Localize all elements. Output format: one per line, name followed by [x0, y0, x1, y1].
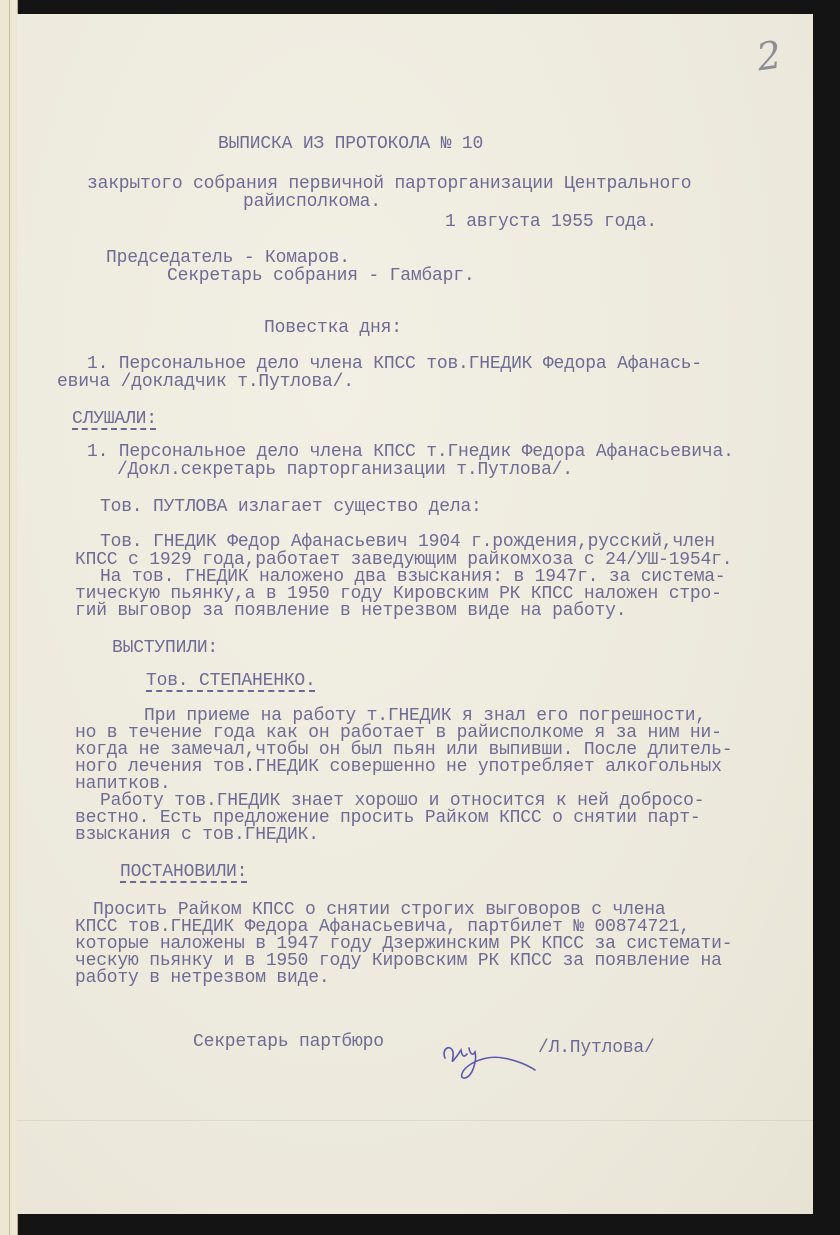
sheet-edge-line: [9, 0, 10, 1235]
speaker-name: Тов. СТЕПАНЕНКО.: [146, 671, 316, 691]
chairman-line: Председатель - Комаров.: [106, 248, 350, 268]
meeting-secretary-line: Секретарь собрания - Гамбарг.: [167, 266, 474, 286]
heard-heading: СЛУШАЛИ:: [72, 409, 157, 429]
heard-item-line-2: /Докл.секретарь парторганизации т.Путлов…: [117, 460, 573, 480]
resolved-heading: ПОСТАНОВИЛИ:: [120, 862, 247, 882]
speech-line-8: взыскания с тов.ГНЕДИК.: [75, 825, 319, 845]
handwritten-signature: [437, 1036, 547, 1086]
paper-fold: [17, 1120, 813, 1121]
speech-line-4: ного лечения тов.ГНЕДИК совершенно не уп…: [75, 757, 722, 777]
underlying-sheet-edge: [0, 0, 18, 1235]
report-line-5: гий выговор за появление в нетрезвом вид…: [75, 601, 626, 621]
agenda-heading: Повестка дня:: [264, 318, 402, 338]
putlova-intro: Тов. ПУТЛОВА излагает существо дела:: [100, 497, 482, 517]
report-line-1: Тов. ГНЕДИК Федор Афанасьевич 1904 г.рож…: [100, 532, 715, 552]
agenda-item-1-line-2: евича /докладчик т.Путлова/.: [57, 372, 354, 392]
resolution-line-5: работу в нетрезвом виде.: [75, 968, 329, 988]
heard-item-line-1: 1. Персональное дело члена КПСС т.Гнедик…: [87, 442, 734, 462]
meeting-date: 1 августа 1955 года.: [445, 212, 657, 232]
signatory-name: /Л.Путлова/: [538, 1038, 655, 1058]
document-page: 2 ВЫПИСКА ИЗ ПРОТОКОЛА № 10 закрытого со…: [17, 14, 813, 1214]
subtitle-line-1: закрытого собрания первичной парторганиз…: [87, 174, 691, 194]
document-title: ВЫПИСКА ИЗ ПРОТОКОЛА № 10: [218, 134, 483, 154]
signatory-role: Секретарь партбюро: [193, 1032, 384, 1052]
agenda-item-1-line-1: 1. Персональное дело члена КПСС тов.ГНЕД…: [87, 354, 702, 374]
spoke-heading: ВЫСТУПИЛИ:: [112, 638, 218, 658]
handwritten-page-number: 2: [754, 33, 784, 80]
subtitle-line-2: райисполкома.: [243, 192, 381, 212]
